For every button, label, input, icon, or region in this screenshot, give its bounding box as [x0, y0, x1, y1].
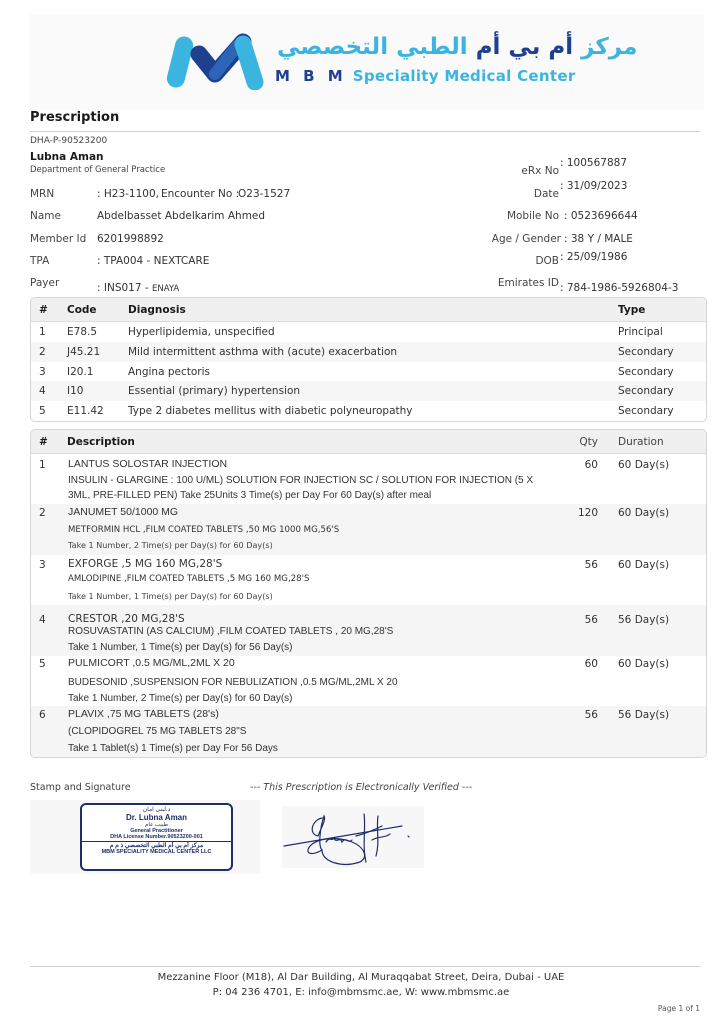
- table-row: 3I20.1Angina pectorisSecondary: [31, 362, 706, 382]
- diagnosis-type: Principal: [618, 326, 663, 338]
- stamp-center-english: MBM SPECIALITY MEDICAL CENTER LLC: [82, 849, 231, 855]
- tpa-value: : TPA004 - NEXTCARE: [97, 255, 209, 267]
- department: Department of General Practice: [30, 165, 165, 175]
- stamp-center-arabic: مركز أم بي أم الطبي التخصصي ذ م م: [82, 842, 231, 849]
- diagnosis-code: E11.42: [67, 405, 104, 417]
- diagnosis-table: # Code Diagnosis Type 1E78.5Hyperlipidem…: [30, 297, 707, 422]
- medication-instructions: Take 1 Number, 1 Time(s) per Day(s) for …: [68, 642, 293, 653]
- medication-table-body: 1LANTUS SOLOSTAR INJECTIONINSULIN - GLAR…: [31, 454, 706, 757]
- dob-label: DOB: [535, 255, 559, 267]
- emirates-id-value: : 784-1986-5926804-3: [560, 282, 678, 294]
- medication-duration: 60 Day(s): [618, 507, 669, 519]
- medication-num: 6: [39, 709, 46, 721]
- medication-instructions: 3ML, PRE-FILLED PEN) Take 25Units 3 Time…: [68, 490, 431, 501]
- medication-num: 3: [39, 559, 46, 571]
- medication-name: PLAVIX ,75 MG TABLETS (28's): [68, 708, 219, 720]
- medication-num: 5: [39, 658, 46, 670]
- medication-name: CRESTOR ,20 MG,28'S: [68, 613, 185, 625]
- medication-instructions: Take 1 Tablet(s) 1 Time(s) per Day For 5…: [68, 743, 278, 754]
- table-row: 2J45.21Mild intermittent asthma with (ac…: [31, 342, 706, 362]
- diagnosis-text: Hyperlipidemia, unspecified: [128, 326, 275, 338]
- diagnosis-text: Mild intermittent asthma with (acute) ex…: [128, 346, 397, 358]
- stamp-arabic-name: د.لبنى امان: [82, 806, 231, 813]
- medication-instructions: Take 1 Number, 1 Time(s) per Day(s) for …: [68, 591, 273, 601]
- dob-value: : 25/09/1986: [560, 251, 627, 263]
- stamp-doctor: Dr. Lubna Aman: [82, 813, 231, 822]
- clinic-logo: مركز أم بي أم الطبي التخصصي M B MSpecial…: [165, 32, 585, 94]
- patient-name: Abdelbasset Abdelkarim Ahmed: [97, 210, 265, 222]
- table-row: 4I10Essential (primary) hypertensionSeco…: [31, 381, 706, 401]
- medication-num: 1: [39, 459, 46, 471]
- medication-num: 4: [39, 614, 46, 626]
- mbm-logo-icon: [165, 32, 265, 90]
- medication-detail: AMLODIPINE ,FILM COATED TABLETS ,5 MG 16…: [68, 574, 309, 584]
- mobile-value: : 0523696644: [564, 210, 638, 222]
- diagnosis-code: J45.21: [67, 346, 100, 358]
- col-code: Code: [67, 304, 97, 316]
- member-id-value: 6201998892: [97, 233, 164, 245]
- diagnosis-num: 1: [39, 326, 46, 338]
- stamp-license: DHA License Number.90523200-001: [82, 834, 231, 842]
- mrn-value: : H23-1100,: [97, 188, 159, 200]
- diagnosis-num: 3: [39, 366, 46, 378]
- medication-detail: METFORMIN HCL ,FILM COATED TABLETS ,50 M…: [68, 525, 339, 535]
- medication-table: # Description Qty Duration 1LANTUS SOLOS…: [30, 429, 707, 758]
- diagnosis-table-body: 1E78.5Hyperlipidemia, unspecifiedPrincip…: [31, 322, 706, 421]
- diagnosis-type: Secondary: [618, 405, 674, 417]
- verified-note: --- This Prescription is Electronically …: [250, 782, 472, 793]
- member-id-label: Member Id: [30, 233, 86, 245]
- medication-duration: 56 Day(s): [618, 614, 669, 626]
- medication-instructions: Take 1 Number, 2 Time(s) per Day(s) for …: [68, 540, 273, 550]
- medication-name: PULMICORT ,0.5 MG/ML,2ML X 20: [68, 657, 235, 669]
- diagnosis-num: 2: [39, 346, 46, 358]
- diagnosis-code: E78.5: [67, 326, 97, 338]
- diagnosis-code: I10: [67, 385, 83, 397]
- age-gender-value: : 38 Y / MALE: [564, 233, 633, 245]
- table-row: 4CRESTOR ,20 MG,28'SROSUVASTATIN (AS CAL…: [31, 605, 706, 656]
- col-num: #: [39, 436, 48, 448]
- medication-detail: ROSUVASTATIN (AS CALCIUM) ,FILM COATED T…: [68, 626, 393, 637]
- medication-qty: 56: [585, 614, 598, 626]
- diagnosis-type: Secondary: [618, 346, 674, 358]
- mrn-label: MRN: [30, 188, 54, 200]
- erx-label: eRx No: [521, 165, 559, 177]
- medication-detail: (CLOPIDOGREL 75 MG TABLETS 28"S: [68, 726, 246, 737]
- table-row: 1E78.5Hyperlipidemia, unspecifiedPrincip…: [31, 322, 706, 342]
- col-qty: Qty: [579, 436, 598, 448]
- medication-qty: 56: [585, 709, 598, 721]
- payer-value: : INS017 - ENAYA: [97, 282, 179, 294]
- clinic-name-arabic: مركز أم بي أم الطبي التخصصي: [277, 34, 637, 60]
- divider: [30, 131, 700, 132]
- footer-address: Mezzanine Floor (M18), Al Dar Building, …: [0, 972, 722, 983]
- emirates-id-label: Emirates ID: [498, 277, 559, 289]
- col-diagnosis: Diagnosis: [128, 304, 186, 316]
- medication-duration: 60 Day(s): [618, 658, 669, 670]
- diagnosis-table-header: # Code Diagnosis Type: [31, 298, 706, 322]
- tpa-label: TPA: [30, 255, 49, 267]
- mobile-label: Mobile No: [507, 210, 559, 222]
- date-label: Date: [534, 188, 559, 200]
- col-duration: Duration: [618, 436, 664, 448]
- col-type: Type: [618, 304, 645, 316]
- medication-name: JANUMET 50/1000 MG: [68, 506, 178, 518]
- table-row: 1LANTUS SOLOSTAR INJECTIONINSULIN - GLAR…: [31, 454, 706, 504]
- medication-duration: 60 Day(s): [618, 459, 669, 471]
- encounter-value: O23-1527: [238, 188, 290, 200]
- clinic-name-english: M B MSpeciality Medical Center: [275, 67, 576, 85]
- stamp-label: Stamp and Signature: [30, 782, 131, 793]
- medication-qty: 60: [585, 459, 598, 471]
- medication-detail: BUDESONID ,SUSPENSION FOR NEBULIZATION ,…: [68, 677, 398, 688]
- medication-num: 2: [39, 507, 46, 519]
- page-number: Page 1 of 1: [658, 1004, 700, 1013]
- medication-name: LANTUS SOLOSTAR INJECTION: [68, 458, 227, 470]
- name-label: Name: [30, 210, 61, 222]
- page-title: Prescription: [30, 110, 119, 125]
- medication-duration: 60 Day(s): [618, 559, 669, 571]
- medication-duration: 56 Day(s): [618, 709, 669, 721]
- medication-detail: INSULIN - GLARGINE : 100 U/ML) SOLUTION …: [68, 475, 533, 486]
- medication-qty: 56: [585, 559, 598, 571]
- diagnosis-text: Essential (primary) hypertension: [128, 385, 300, 397]
- date-value: : 31/09/2023: [560, 180, 627, 192]
- medication-instructions: Take 1 Number, 2 Time(s) per Day(s) for …: [68, 693, 293, 704]
- col-description: Description: [67, 436, 135, 448]
- diagnosis-type: Secondary: [618, 385, 674, 397]
- diagnosis-code: I20.1: [67, 366, 93, 378]
- signature-icon: [282, 806, 424, 868]
- payer-label: Payer: [30, 277, 59, 289]
- erx-value: : 100567887: [560, 157, 627, 169]
- diagnosis-type: Secondary: [618, 366, 674, 378]
- encounter-label: Encounter No :: [161, 188, 239, 200]
- diagnosis-num: 5: [39, 405, 46, 417]
- table-row: 6PLAVIX ,75 MG TABLETS (28's)(CLOPIDOGRE…: [31, 706, 706, 757]
- medication-qty: 60: [585, 658, 598, 670]
- doctor-name: Lubna Aman: [30, 151, 104, 163]
- diagnosis-num: 4: [39, 385, 46, 397]
- col-num: #: [39, 304, 48, 316]
- medication-qty: 120: [578, 507, 598, 519]
- medication-table-header: # Description Qty Duration: [31, 430, 706, 454]
- footer-contact: P: 04 236 4701, E: info@mbmsmc.ae, W: ww…: [0, 987, 722, 998]
- footer-divider: [30, 966, 700, 967]
- table-row: 3EXFORGE ,5 MG 160 MG,28'SAMLODIPINE ,FI…: [31, 555, 706, 605]
- doctor-stamp: د.لبنى امان Dr. Lubna Aman طبيب عام Gene…: [80, 803, 233, 871]
- diagnosis-text: Angina pectoris: [128, 366, 210, 378]
- doctor-license: DHA-P-90523200: [30, 136, 107, 146]
- medication-name: EXFORGE ,5 MG 160 MG,28'S: [68, 558, 222, 570]
- age-gender-label: Age / Gender: [492, 233, 561, 245]
- table-row: 5PULMICORT ,0.5 MG/ML,2ML X 20BUDESONID …: [31, 656, 706, 706]
- diagnosis-text: Type 2 diabetes mellitus with diabetic p…: [128, 405, 413, 417]
- table-row: 2JANUMET 50/1000 MGMETFORMIN HCL ,FILM C…: [31, 504, 706, 555]
- table-row: 5E11.42Type 2 diabetes mellitus with dia…: [31, 401, 706, 421]
